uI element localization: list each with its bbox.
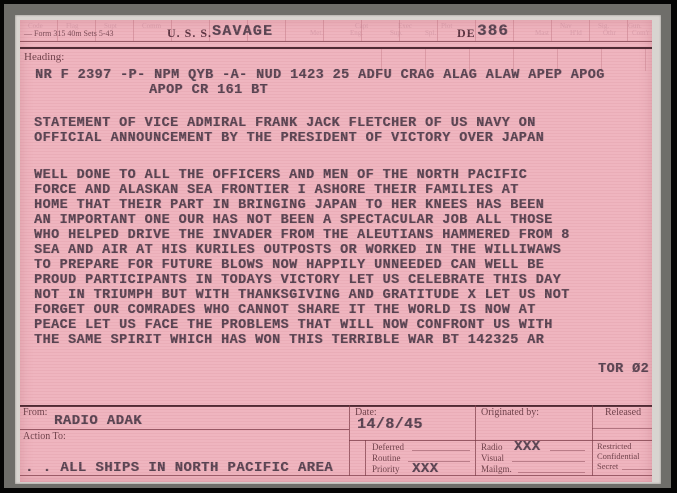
message-line: PEACE LET US FACE THE PROBLEMS THAT WILL… xyxy=(34,318,553,333)
action-to-label: Action To: xyxy=(23,431,66,442)
from-value: RADIO ADAK xyxy=(54,413,142,429)
uss-label: U. S. S. xyxy=(167,26,212,41)
from-row-rule xyxy=(20,429,349,430)
heading-label: Heading: xyxy=(24,51,64,63)
visual-label: Visual xyxy=(481,453,504,463)
message-line: FORCE AND ALASKAN SEA FRONTIER I ASHORE … xyxy=(34,183,519,198)
message-line: PROUD PARTICIPANTS IN TODAYS VICTORY LET… xyxy=(34,273,561,288)
routing-box-label: Othr xyxy=(603,29,616,37)
routing-box-label: Met. xyxy=(310,29,323,37)
visual-fill-line xyxy=(512,461,585,462)
routing-box-label: Mast xyxy=(535,29,549,37)
released-rule xyxy=(592,428,652,429)
time-of-receipt: TOR Ø2 xyxy=(598,362,649,377)
released-label: Released xyxy=(605,407,641,418)
statement-line: OFFICIAL ANNOUNCEMENT BY THE PRESIDENT O… xyxy=(34,131,544,146)
form-number: — Form 315 40m Sets 5-43 xyxy=(24,29,114,38)
confidential-label: Confidential xyxy=(597,451,640,461)
routine-label: Routine xyxy=(372,453,401,463)
radiogram-form: Code Flag Supt Comm Capt Exec Plot Nav S… xyxy=(20,20,652,482)
mailgm-label: Mailgm. xyxy=(481,464,512,474)
message-line: AN IMPORTANT ONE OUR HAS NOT BEEN A SPEC… xyxy=(34,213,553,228)
precedence-box-rule xyxy=(365,440,366,476)
date-value: 14/8/45 xyxy=(357,416,423,433)
priority-value: XXX xyxy=(412,461,438,477)
header-heavy-rule xyxy=(20,47,652,49)
routing-box-label: Eng. xyxy=(350,29,363,37)
message-line: THE SAME SPIRIT WHICH HAS WON THIS TERRI… xyxy=(34,333,544,348)
restricted-label: Restricted xyxy=(597,441,631,451)
message-line: WELL DONE TO ALL THE OFFICERS AND MEN OF… xyxy=(34,168,527,183)
deferred-fill-line xyxy=(412,450,470,451)
routing-box-label: Com'r xyxy=(632,29,649,37)
hull-number: 386 xyxy=(477,22,509,40)
message-line: FORGET OUR COMRADES WHO CANNOT SHARE IT … xyxy=(34,303,536,318)
ship-name: SAVAGE xyxy=(212,23,273,40)
originated-by-label: Originated by: xyxy=(481,407,539,418)
radio-value: XXX xyxy=(514,439,540,455)
from-label: From: xyxy=(23,407,47,418)
routing-box-label: H'ld xyxy=(570,29,582,37)
header-underline xyxy=(20,41,652,42)
radio-fill-line xyxy=(550,450,585,451)
message-heading-line-1: NR F 2397 -P- NPM QYB -A- NUD 1423 25 AD… xyxy=(35,68,605,83)
message-line: SEA AND AIR AT HIS KURILES OUTPOSTS OR W… xyxy=(34,243,561,258)
message-line: WHO HELPED DRIVE THE INVADER FROM THE AL… xyxy=(34,228,570,243)
secret-label: Secret xyxy=(597,461,618,471)
message-line: NOT IN TRIUMPH BUT WITH THANKSGIVING AND… xyxy=(34,288,570,303)
routing-box-label: Comm xyxy=(142,22,161,30)
message-heading-line-2: APOP CR 161 BT xyxy=(149,83,268,98)
hull-prefix: DE xyxy=(457,26,476,41)
message-line: HOME THAT THEIR PART IN BRINGING JAPAN T… xyxy=(34,198,544,213)
deferred-label: Deferred xyxy=(372,442,404,452)
statement-line: STATEMENT OF VICE ADMIRAL FRANK JACK FLE… xyxy=(34,116,536,131)
footer-top-rule xyxy=(20,405,652,407)
priority-label: Priority xyxy=(372,464,400,474)
routing-box-label: Plot xyxy=(441,22,452,30)
mailgm-fill-line xyxy=(518,472,585,473)
radio-label: Radio xyxy=(481,442,503,452)
routing-box-label: Spl. xyxy=(425,29,436,37)
secret-fill-line xyxy=(622,469,652,470)
routing-box-label: Sup. xyxy=(390,29,403,37)
action-to-value: . . ALL SHIPS IN NORTH PACIFIC AREA xyxy=(25,460,333,476)
message-line: TO PREPARE FOR FUTURE BLOWS NOW HAPPILY … xyxy=(34,258,544,273)
footer-bottom-rule xyxy=(20,475,652,476)
